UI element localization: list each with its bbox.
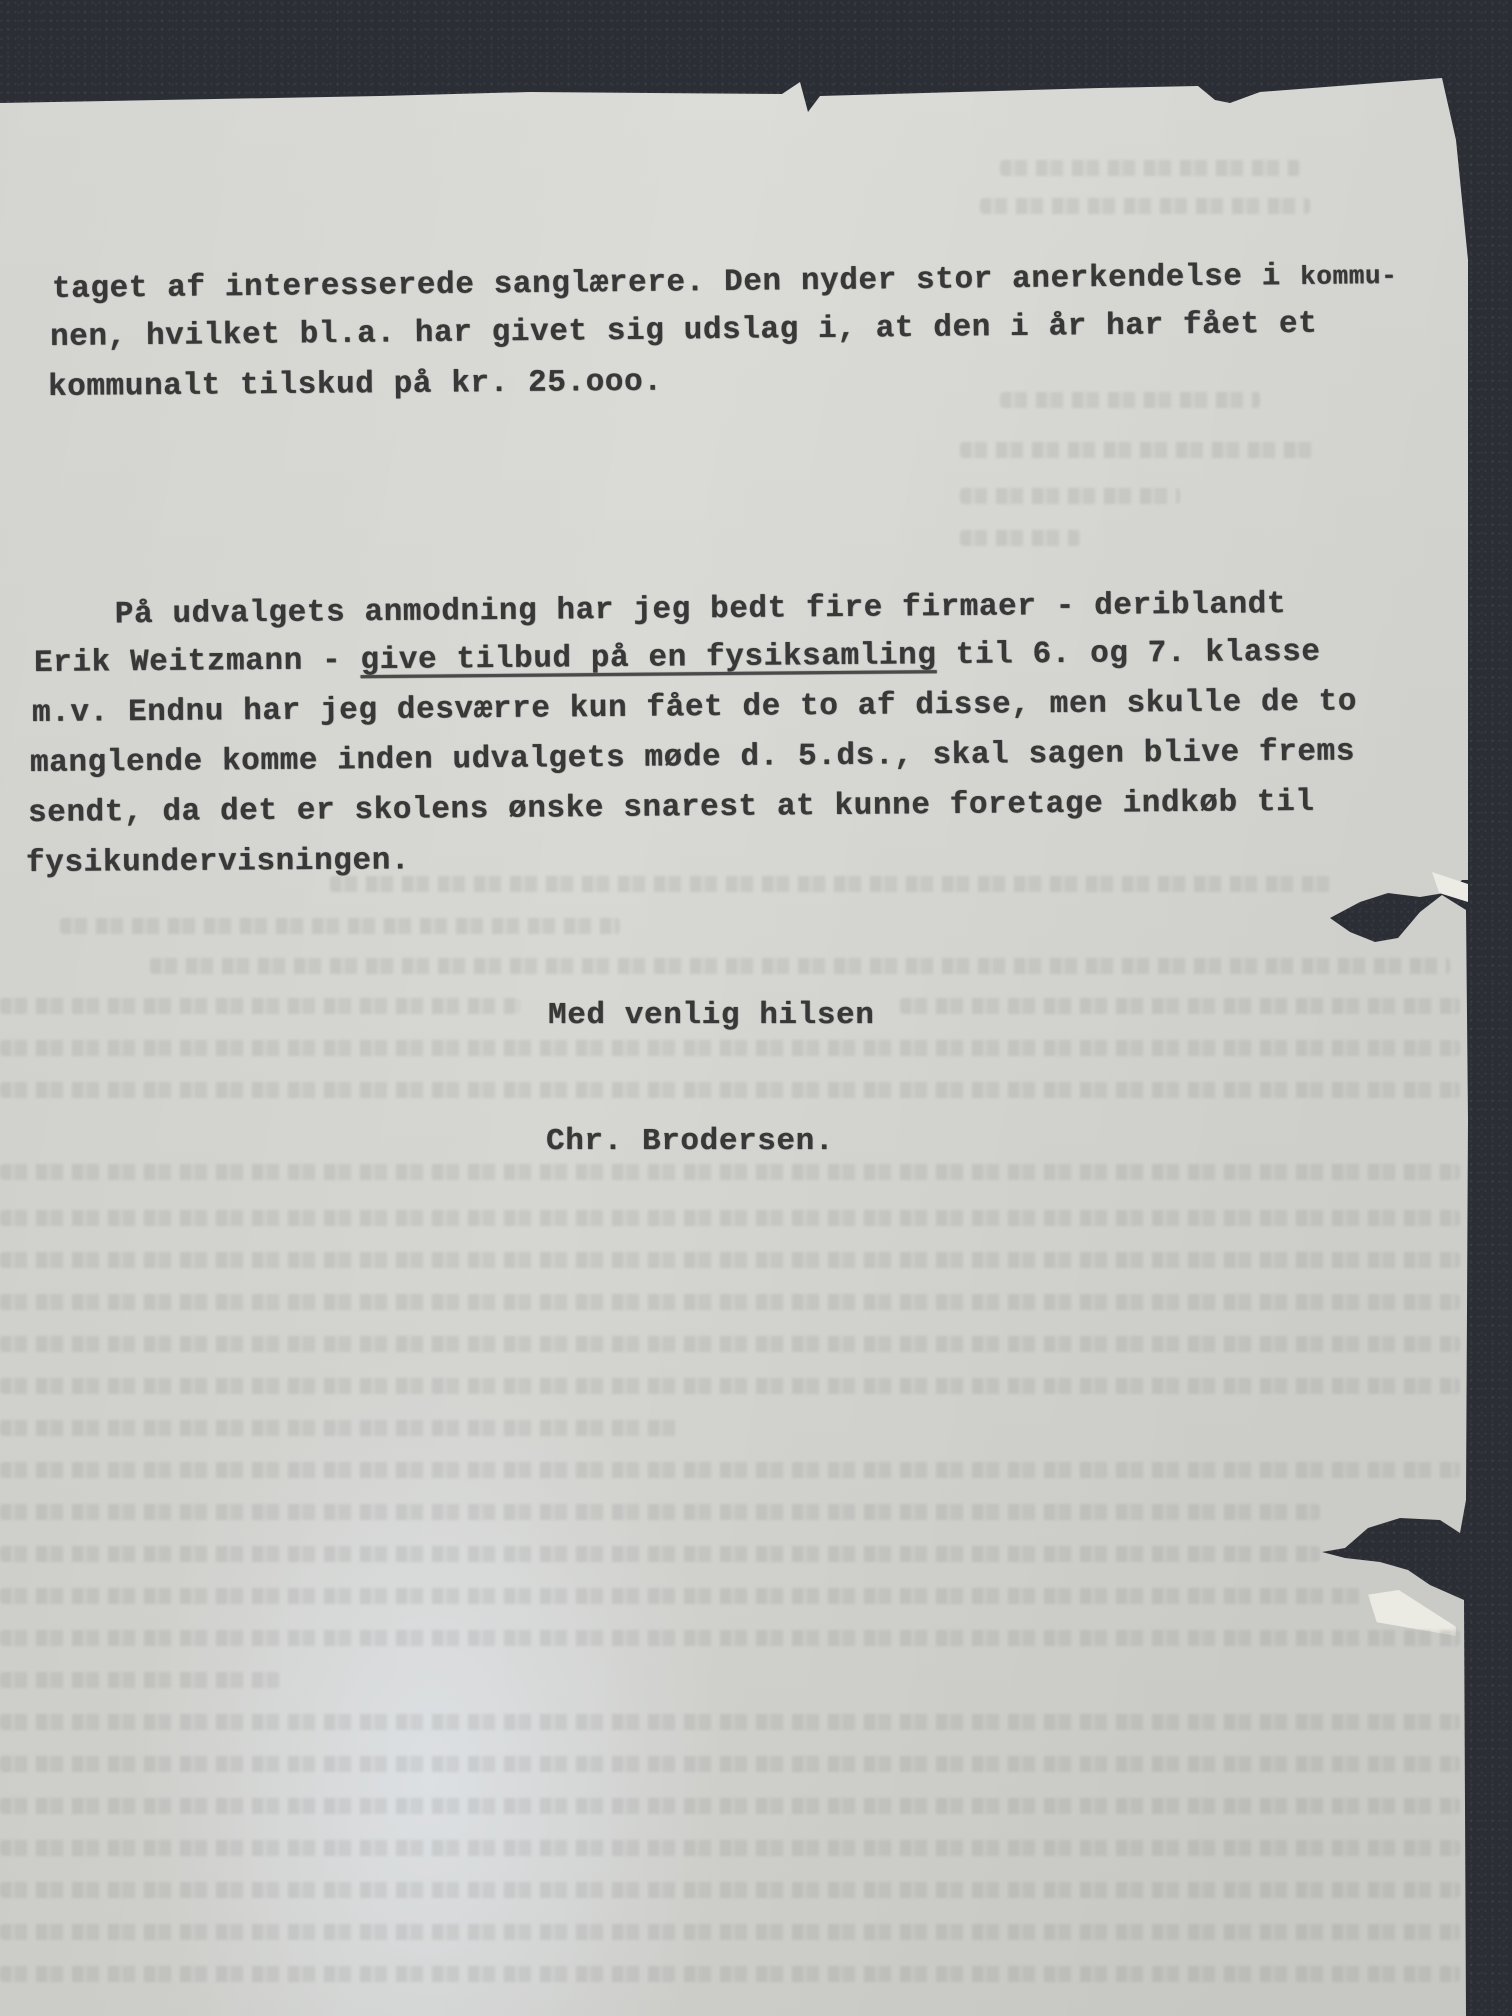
text-segment: taget af interesserede sanglærere. Den n… xyxy=(52,259,1301,307)
paragraph-2-line-2: Erik Weitzmann - give tilbud på en fysik… xyxy=(34,635,1321,681)
paragraph-1-line-2: nen, hvilket bl.a. har givet sig udslag … xyxy=(50,307,1318,355)
text-segment-hyphenated: kommu- xyxy=(1300,261,1398,292)
paragraph-2-line-4: manglende komme inden udvalgets møde d. … xyxy=(30,734,1355,781)
closing-salutation: Med venlig hilsen xyxy=(548,998,874,1033)
paragraph-1-line-1: taget af interesserede sanglærere. Den n… xyxy=(52,258,1398,307)
text-segment: til 6. og 7. klasse xyxy=(936,635,1320,673)
paragraph-2-line-1: På udvalgets anmodning har jeg bedt fire… xyxy=(38,587,1286,633)
paragraph-1-line-3: kommunalt tilskud på kr. 25.ooo. xyxy=(48,365,663,405)
signature-name: Chr. Brodersen. xyxy=(546,1124,834,1159)
letter-text: taget af interesserede sanglærere. Den n… xyxy=(0,0,1512,2016)
paragraph-2-line-5: sendt, da det er skolens ønske snarest a… xyxy=(28,785,1315,831)
paragraph-2-line-3: m.v. Endnu har jeg desværre kun fået de … xyxy=(32,684,1357,731)
text-segment: Erik Weitzmann - xyxy=(34,643,361,681)
underlined-phrase: give tilbud på en fysiksamling xyxy=(360,638,936,678)
